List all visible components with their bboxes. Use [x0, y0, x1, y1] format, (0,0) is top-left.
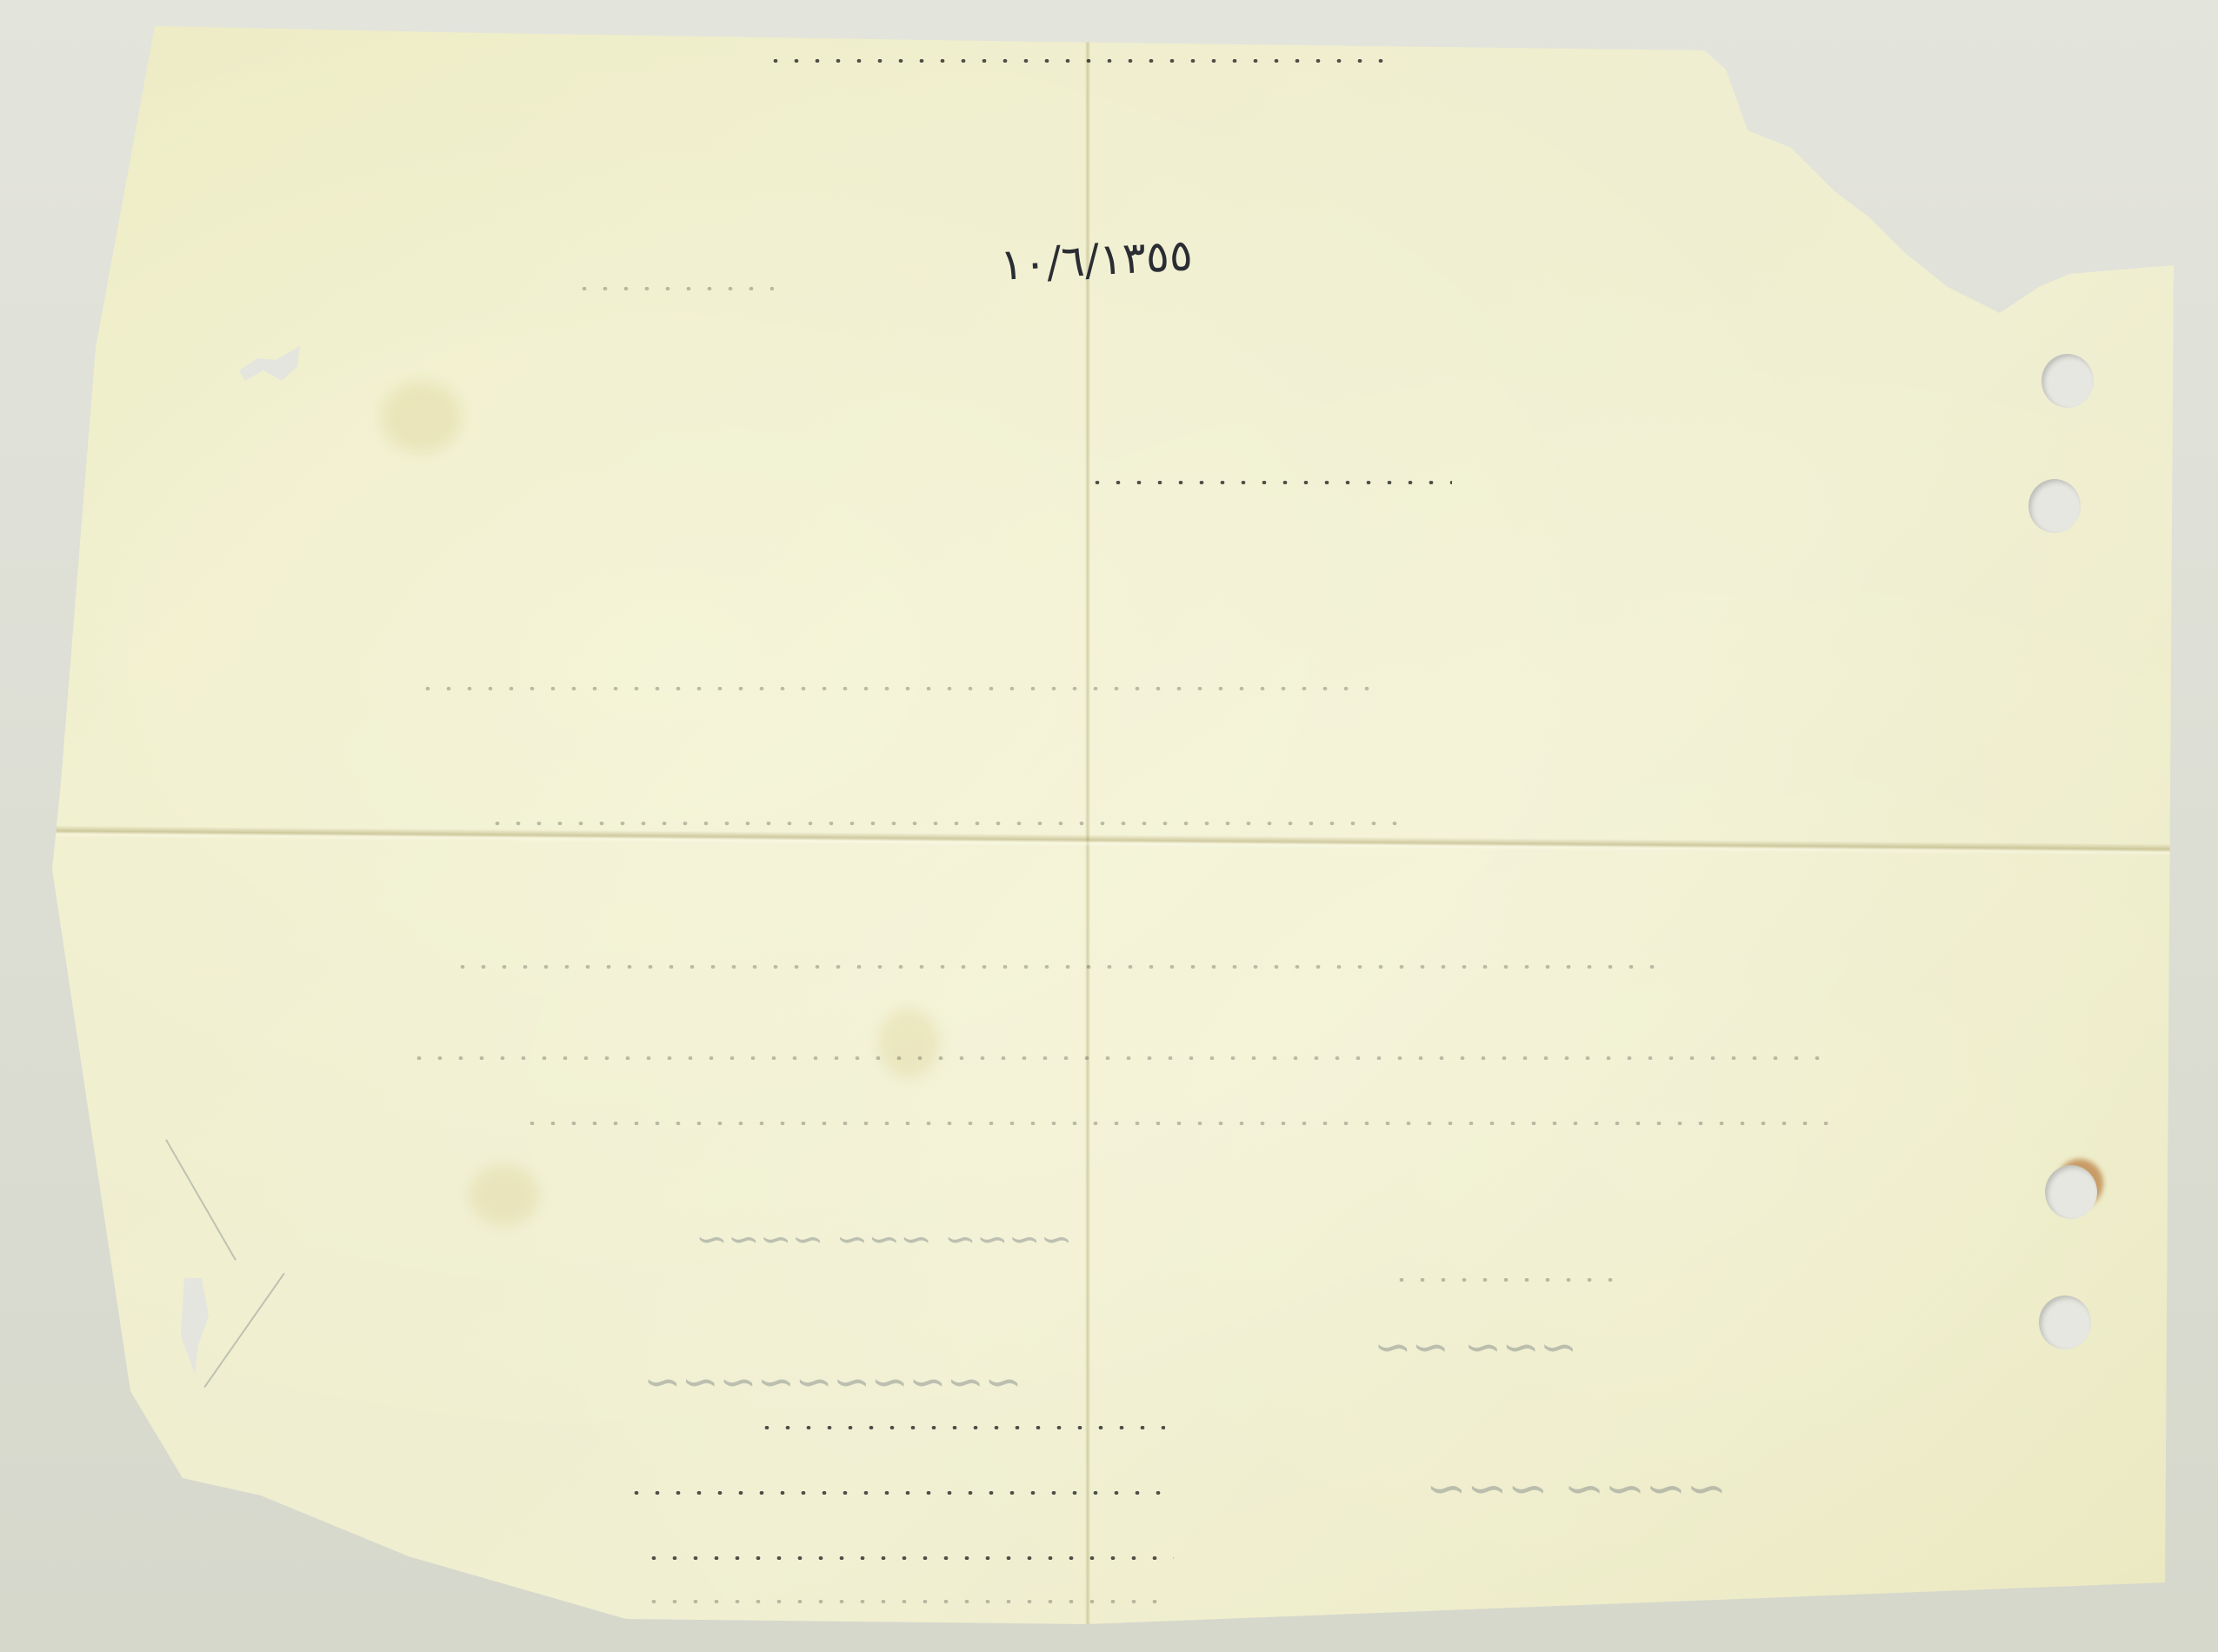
paper-sheet: ~~~~ ~~~ ~~~~ ~~~~~~~~~~ ~~ ~~~ ~~~ ~~~~… — [0, 0, 2218, 1652]
stain — [470, 1165, 539, 1226]
dotted-line — [765, 59, 1391, 63]
dotted-line — [452, 965, 1669, 969]
dotted-line — [1391, 1278, 1626, 1282]
show-through-handwriting: ~~ ~~~ — [1374, 1322, 1577, 1374]
pencil-mark — [165, 1139, 236, 1261]
dotted-line — [643, 1556, 1174, 1560]
punch-hole — [2028, 479, 2081, 533]
horizontal-fold — [48, 825, 2178, 856]
dotted-line — [756, 1426, 1165, 1429]
dotted-line — [1087, 481, 1452, 484]
dotted-line — [417, 687, 1382, 690]
handwritten-date: ١٠/٦/١٣٥٥ — [999, 230, 1194, 290]
punch-hole — [2041, 354, 2094, 408]
show-through-handwriting: ~~~~~~~~~~ — [643, 1356, 1022, 1409]
show-through-handwriting: ~~~~ ~~~ ~~~~ — [696, 1217, 1073, 1262]
stain — [383, 383, 461, 452]
dotted-line — [574, 287, 774, 290]
stain — [878, 1009, 939, 1078]
punch-hole-rusted — [2045, 1165, 2097, 1219]
dotted-line — [626, 1491, 1165, 1495]
dotted-line — [409, 1056, 1835, 1060]
pencil-mark — [203, 1273, 284, 1388]
punch-hole — [2039, 1296, 2091, 1349]
dotted-line — [522, 1122, 1843, 1125]
dotted-line — [643, 1600, 1165, 1603]
show-through-handwriting: ~~~ ~~~~ — [1426, 1461, 1727, 1517]
dotted-line — [487, 822, 1409, 825]
